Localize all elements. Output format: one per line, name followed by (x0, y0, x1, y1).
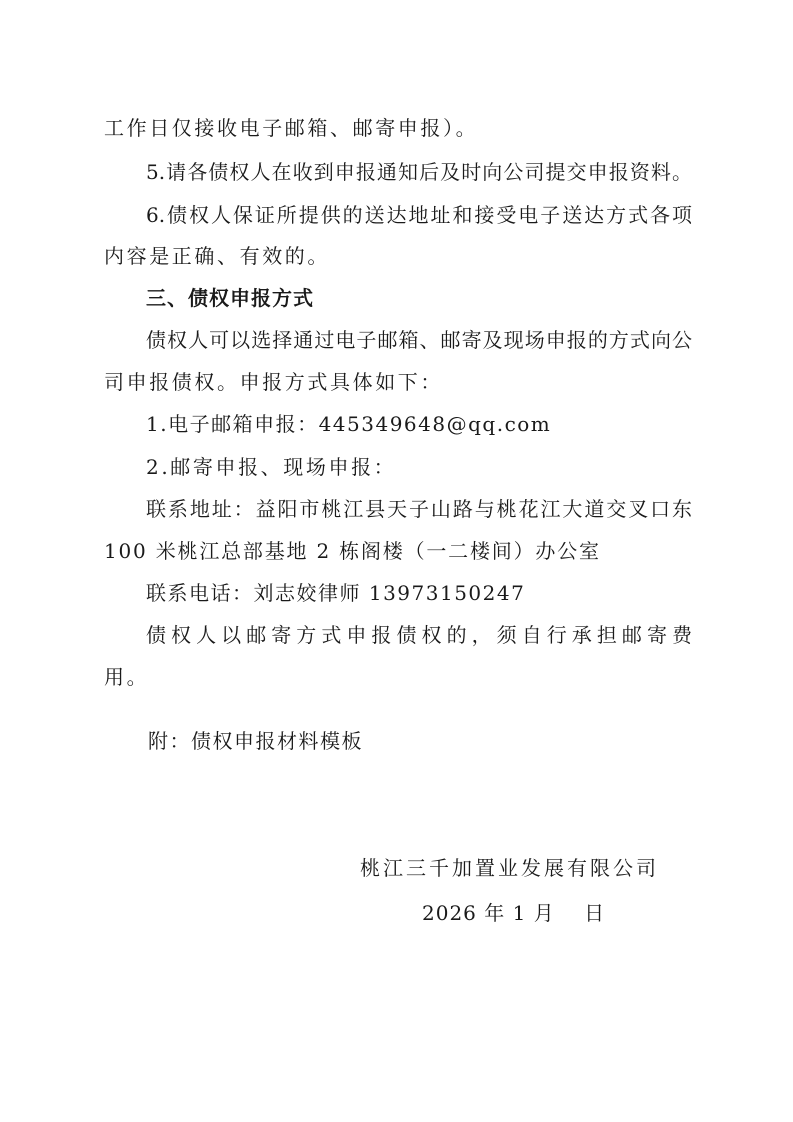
postage-note-line2: 用。 (104, 663, 692, 691)
mail-onsite-submission-item: 2.邮寄申报、现场申报： (146, 453, 692, 481)
section-intro-line1: 债权人可以选择通过电子邮箱、邮寄及现场申报的方式向公 (146, 326, 692, 354)
postage-note-line1: 债权人以邮寄方式申报债权的，须自行承担邮寄费 (146, 621, 692, 649)
item-5-text: 5.请各债权人在收到申报通知后及时向公司提交申报资料。 (146, 158, 692, 186)
email-submission-item: 1.电子邮箱申报：445349648@qq.com (146, 410, 692, 438)
signature-company: 桃江三千加置业发展有限公司 (360, 854, 659, 882)
contact-address-line1: 联系地址：益阳市桃江县天子山路与桃花江大道交叉口东 (146, 495, 692, 523)
paragraph-line-continuation: 工作日仅接收电子邮箱、邮寄申报）。 (104, 114, 692, 142)
item-6-text-line1: 6.债权人保证所提供的送达地址和接受电子送达方式各项 (146, 201, 692, 229)
signature-date: 2026 年 1 月 日 (422, 899, 605, 927)
document-page: 工作日仅接收电子邮箱、邮寄申报）。 5.请各债权人在收到申报通知后及时向公司提交… (0, 0, 793, 1122)
contact-phone: 联系电话：刘志姣律师 13973150247 (146, 579, 692, 607)
item-6-text-line2: 内容是正确、有效的。 (104, 242, 692, 270)
section-intro-line2: 司申报债权。申报方式具体如下： (104, 368, 692, 396)
attachment-note: 附：债权申报材料模板 (148, 727, 736, 755)
contact-address-line2: 100 米桃江总部基地 2 栋阁楼（一二楼间）办公室 (104, 537, 692, 565)
section-heading: 三、债权申报方式 (146, 284, 692, 312)
